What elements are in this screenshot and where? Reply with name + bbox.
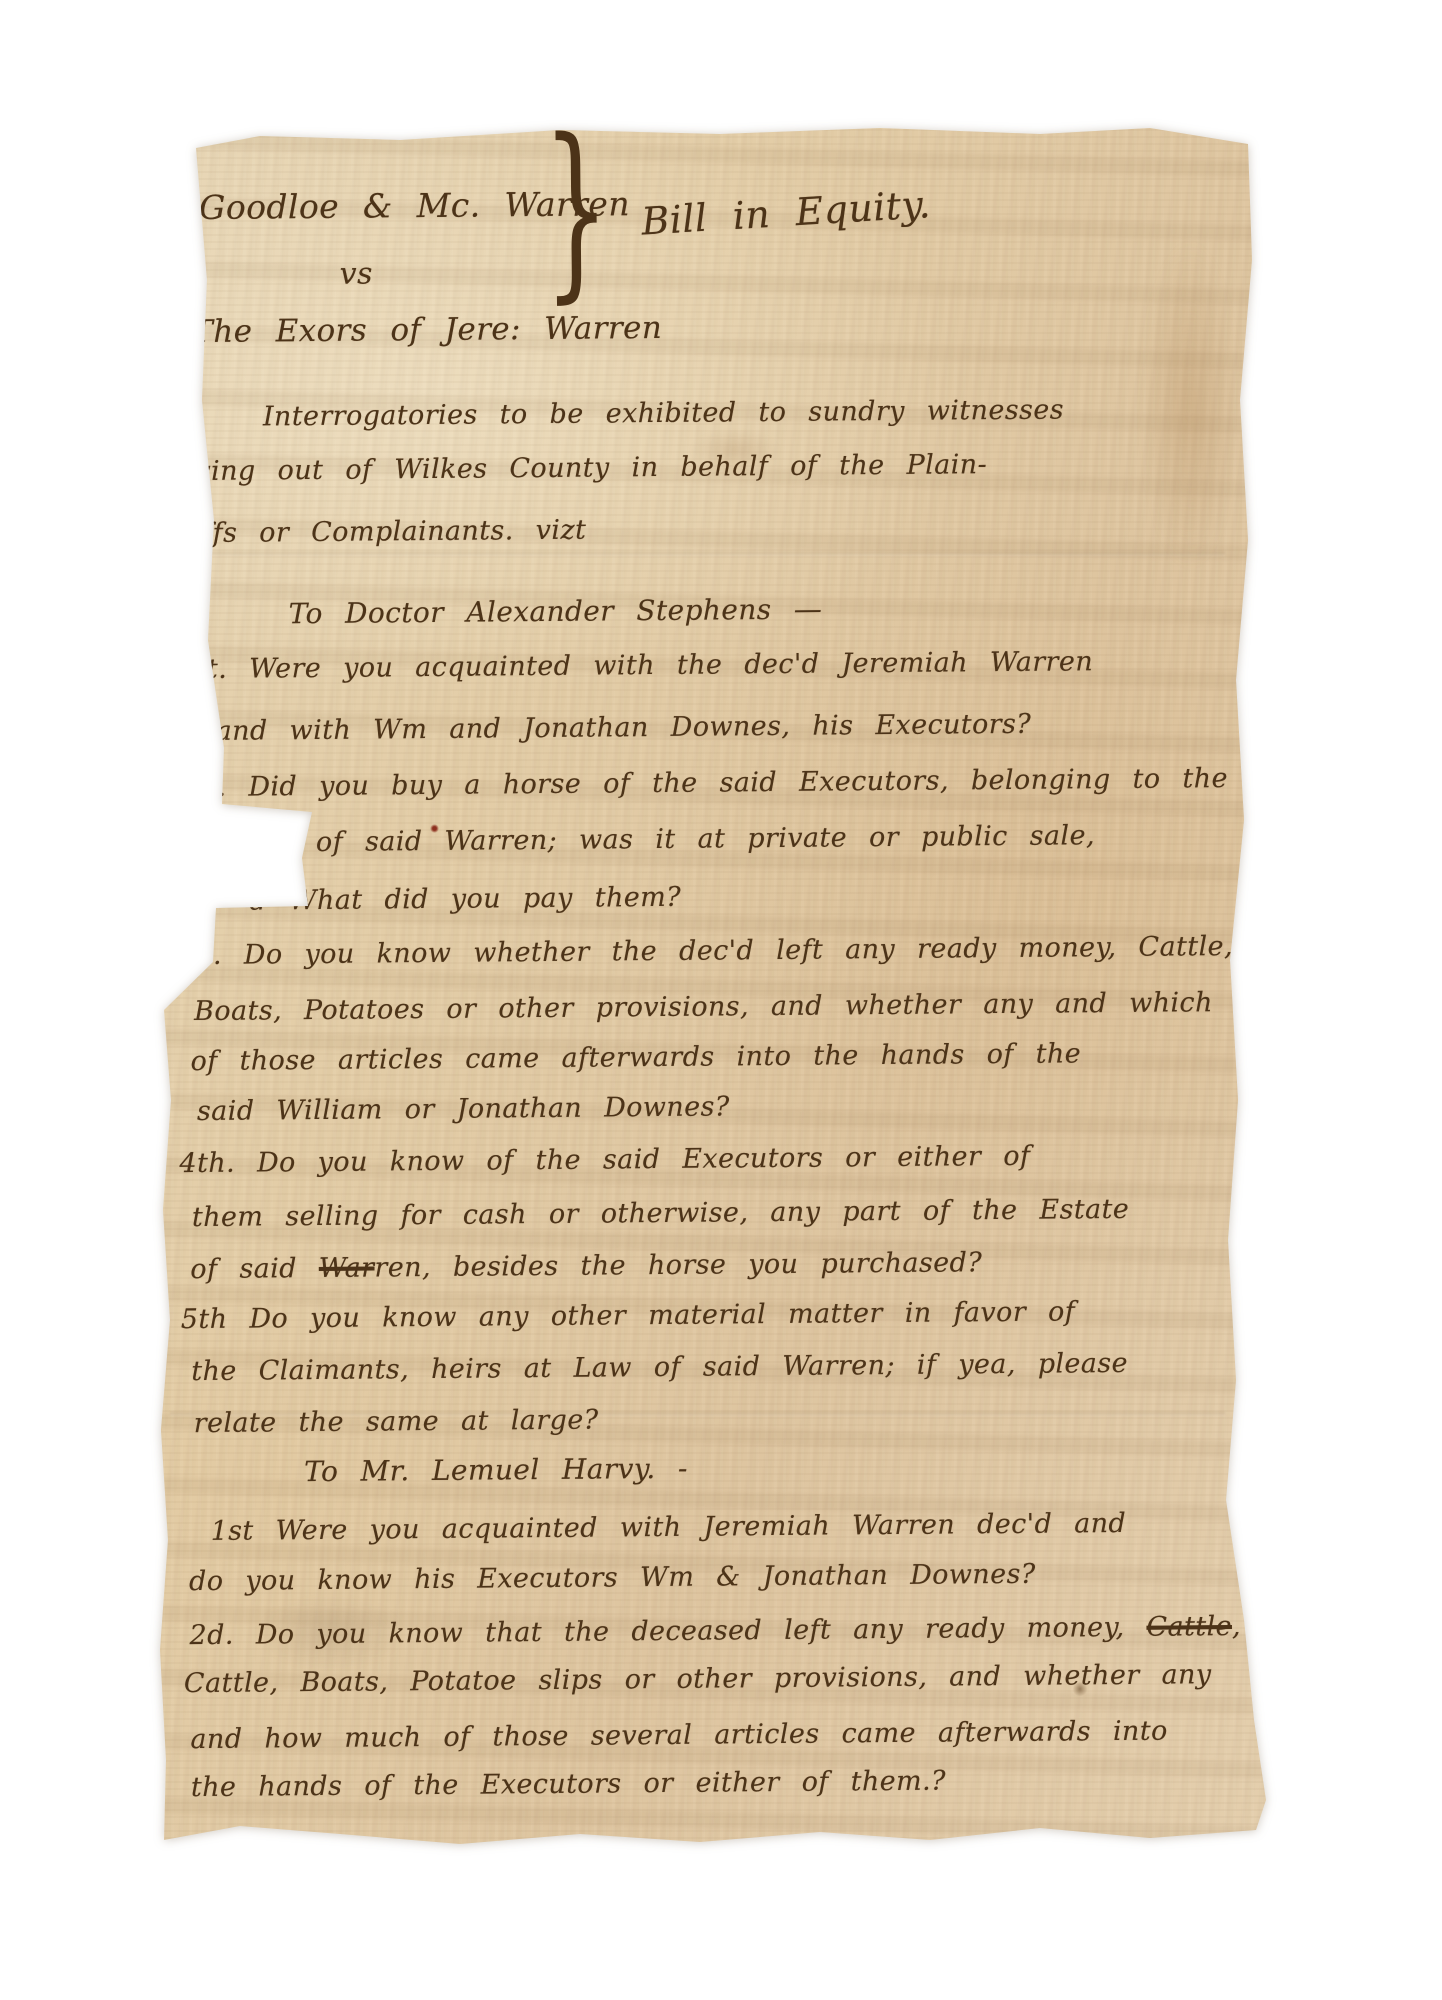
manuscript-line: 3d. Do you know whether the dec'd left a… [177,931,1233,971]
line-post: , [1232,1611,1241,1642]
manuscript-line: said William or Jonathan Downes? [197,1091,730,1127]
manuscript-line: and how much of those several articles c… [190,1716,1167,1756]
manuscript-line: and with Wm and Jonathan Downes, his Exe… [216,709,1032,747]
handwritten-text-layer: Goodloe & Mc. Warren vs The Exors of Jer… [0,0,1442,2000]
document-title: Bill in Equity. [640,182,932,244]
manuscript-line: tiffs or Complainants. vizt [182,515,587,550]
manuscript-page: Goodloe & Mc. Warren vs The Exors of Jer… [0,0,1442,2000]
case-versus: vs [340,256,373,291]
manuscript-line: the hands of the Executors or either of … [191,1766,946,1804]
manuscript-line: living out of Wilkes County in behalf of… [177,449,987,487]
salutation-harvy: To Mr. Lemuel Harvy. - [304,1452,688,1488]
manuscript-line: them selling for cash or otherwise, any … [192,1194,1130,1233]
manuscript-line: the Claimants, heirs at Law of said Warr… [191,1348,1128,1387]
manuscript-line: 5th Do you know any other material matte… [181,1296,1076,1335]
manuscript-line: relate the same at large? [194,1405,599,1440]
manuscript-line: Cattle, Boats, Potatoe slips or other pr… [184,1659,1212,1699]
struck-word: War [319,1252,375,1283]
manuscript-line: of those articles came afterwards into t… [190,1038,1081,1077]
manuscript-line: Boats, Potatoes or other provisions, and… [194,987,1213,1027]
line-pre: of said [190,1253,319,1285]
line-post: ren, besides the horse you purchased? [374,1247,982,1283]
manuscript-line-with-strikeout: 2d. Do you know that the deceased left a… [189,1611,1241,1651]
manuscript-line-with-strikeout: of said Warren, besides the horse you pu… [190,1247,982,1285]
manuscript-line: 1st Were you acquainted with Jeremiah Wa… [211,1508,1127,1547]
manuscript-line: 2d. Did you buy a horse of the said Exec… [182,763,1228,803]
manuscript-line: tate of said Warren; was it at private o… [238,820,1095,858]
manuscript-line: d What did you pay them? [249,882,681,917]
salutation-stephens: To Doctor Alexander Stephens — [288,593,822,631]
manuscript-line: do you know his Executors Wm & Jonathan … [189,1559,1036,1597]
manuscript-scan: Goodloe & Mc. Warren vs The Exors of Jer… [0,0,1442,2000]
manuscript-line: 4th. Do you know of the said Executors o… [179,1141,1030,1179]
curly-brace: } [542,114,610,305]
manuscript-line: 1st. Were you acquainted with the dec'd … [175,646,1093,685]
line-pre: 2d. Do you know that the deceased left a… [189,1612,1146,1651]
struck-word: Cattle [1146,1611,1232,1643]
manuscript-line: Interrogatories to be exhibited to sundr… [263,394,1064,432]
